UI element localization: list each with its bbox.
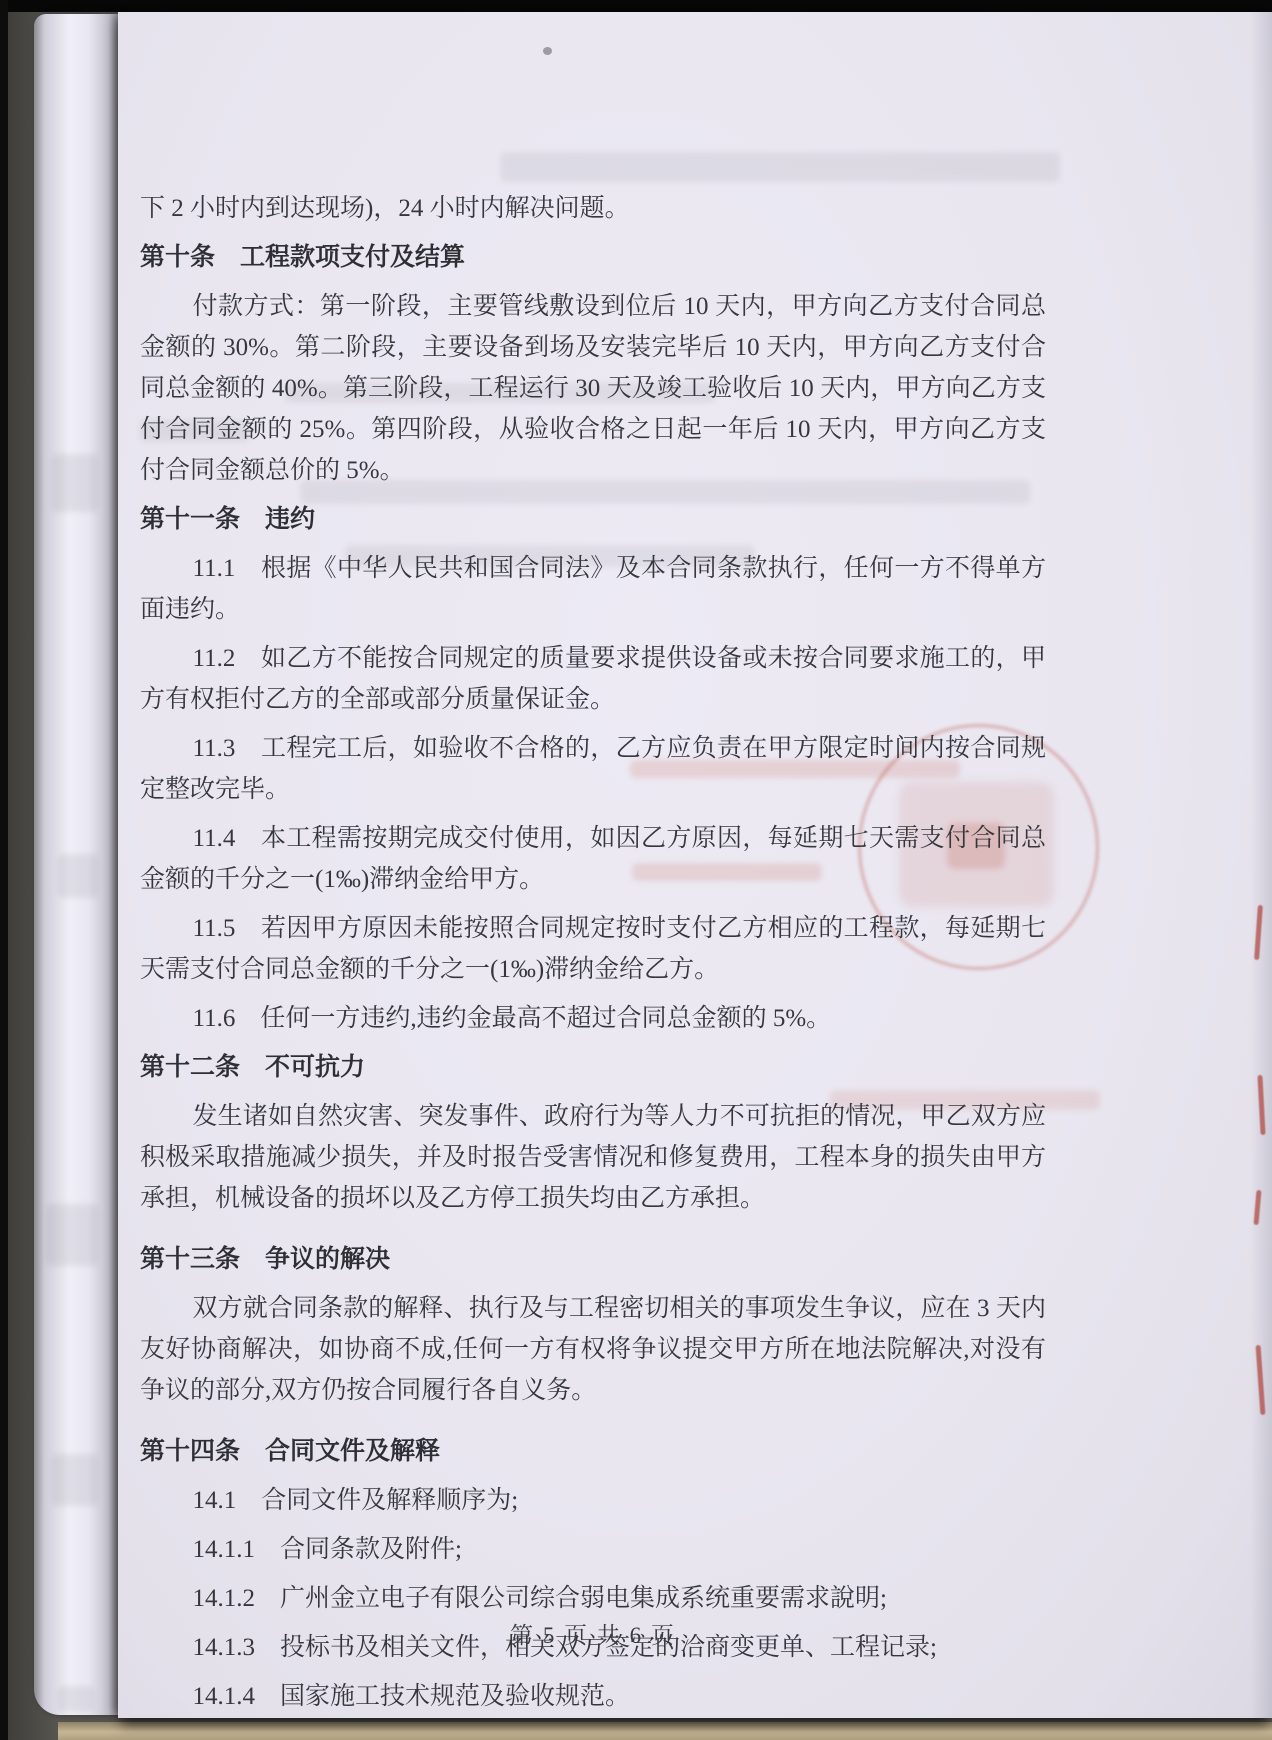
clause-paragraph: 11.6 任何一方违约,违约金最高不超过合同总金额的 5%。 bbox=[140, 998, 1046, 1039]
section-heading: 第十条 工程款项支付及结算 bbox=[140, 237, 1046, 278]
section-heading: 第十四条 合同文件及解释 bbox=[140, 1431, 1046, 1472]
clause-paragraph: 14.1.2 广州金立电子有限公司综合弱电集成系统重要需求說明; bbox=[140, 1578, 1046, 1619]
bleedthrough-smudge bbox=[52, 454, 98, 512]
body-text-line: 下 2 小时内到达现场)，24 小时内解决问题。 bbox=[140, 188, 1046, 229]
clause-paragraph: 14.1 合同文件及解释顺序为; bbox=[140, 1480, 1046, 1521]
clause-paragraph: 11.5 若因甲方原因未能按照合同规定按时支付乙方相应的工程款，每延期七天需支付… bbox=[140, 908, 1046, 990]
bleedthrough-smudge bbox=[52, 1454, 98, 1506]
document-page: 下 2 小时内到达现场)，24 小时内解决问题。第十条 工程款项支付及结算付款方… bbox=[118, 12, 1272, 1718]
clause-paragraph: 付款方式：第一阶段，主要管线敷设到位后 10 天内，甲方向乙方支付合同总金额的 … bbox=[140, 286, 1046, 491]
clause-paragraph: 双方就合同条款的解释、执行及与工程密切相关的事项发生争议，应在 3 天内友好协商… bbox=[140, 1288, 1046, 1411]
bleedthrough-smudge bbox=[58, 1686, 94, 1712]
clause-paragraph: 11.3 工程完工后，如验收不合格的，乙方应负责在甲方限定时间内按合同规定整改完… bbox=[140, 728, 1046, 810]
clause-paragraph: 14.1.4 国家施工技术规范及验收规范。 bbox=[140, 1676, 1046, 1717]
clause-paragraph: 11.2 如乙方不能按合同规定的质量要求提供设备或未按合同要求施工的，甲方有权拒… bbox=[140, 638, 1046, 720]
contract-text: 下 2 小时内到达现场)，24 小时内解决问题。第十条 工程款项支付及结算付款方… bbox=[140, 188, 1046, 1725]
scan-frame-top bbox=[0, 0, 1272, 12]
clause-paragraph: 11.1 根据《中华人民共和国合同法》及本合同条款执行，任何一方不得单方面违约。 bbox=[140, 548, 1046, 630]
clause-paragraph: 14.1.1 合同条款及附件; bbox=[140, 1529, 1046, 1570]
section-heading: 第十一条 违约 bbox=[140, 499, 1046, 540]
section-heading: 第十三条 争议的解决 bbox=[140, 1239, 1046, 1280]
page-edge-shading bbox=[1250, 12, 1272, 1718]
clause-paragraph: 11.4 本工程需按期完成交付使用，如因乙方原因，每延期七天需支付合同总金额的千… bbox=[140, 818, 1046, 900]
clause-paragraph: 发生诸如自然灾害、突发事件、政府行为等人力不可抗拒的情况，甲乙双方应积极采取措施… bbox=[140, 1096, 1046, 1219]
scan-frame-left bbox=[0, 0, 8, 1740]
section-heading: 第十二条 不可抗力 bbox=[140, 1047, 1046, 1088]
bleedthrough-smudge bbox=[500, 152, 1060, 182]
page-footer: 第 5 页 共 6 页 bbox=[140, 1617, 1046, 1650]
curled-page-edge bbox=[34, 14, 122, 1715]
scan-speck bbox=[543, 47, 552, 55]
scanned-contract-page: 下 2 小时内到达现场)，24 小时内解决问题。第十条 工程款项支付及结算付款方… bbox=[0, 0, 1272, 1740]
bleedthrough-smudge bbox=[58, 854, 98, 898]
bleedthrough-smudge bbox=[46, 1204, 98, 1266]
